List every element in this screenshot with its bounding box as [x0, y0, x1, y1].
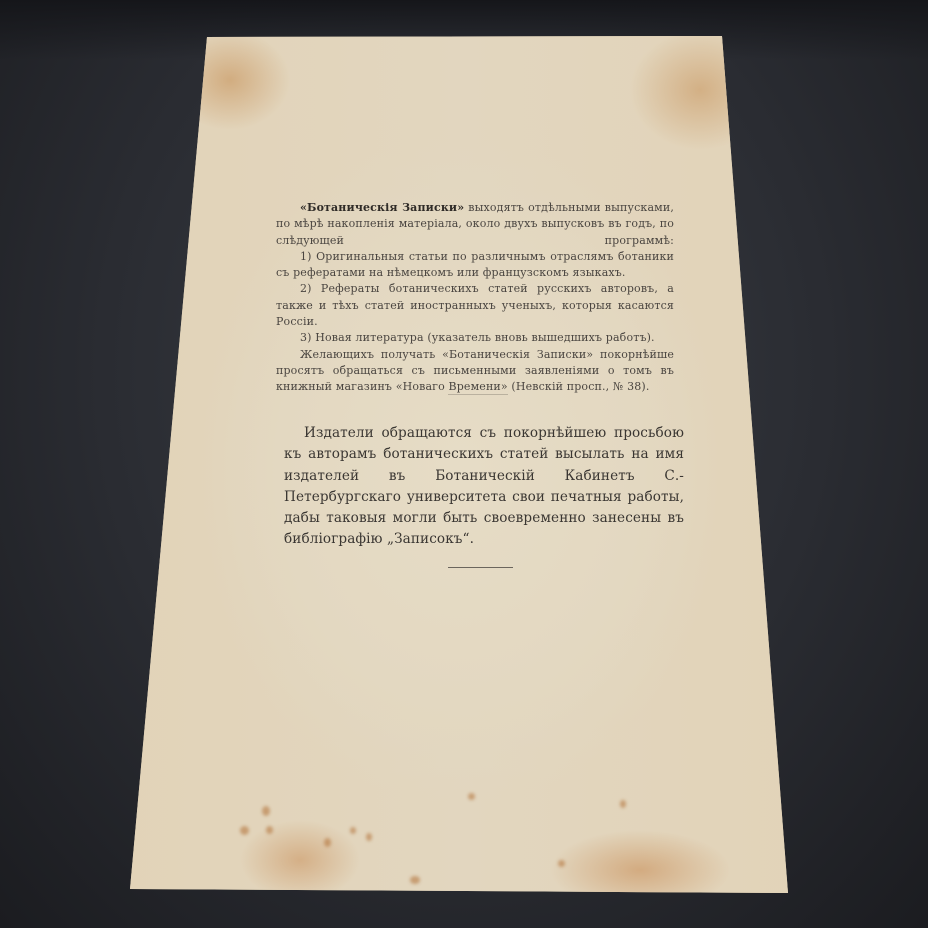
foxing-spot [468, 793, 475, 800]
foxing-spot [350, 827, 356, 834]
divider-rule [448, 394, 508, 395]
journal-title: «Ботаническія Записки» [300, 201, 464, 214]
foxing-spot [324, 838, 331, 847]
intro-paragraph: «Ботаническія Записки» выходятъ отдѣльны… [276, 200, 674, 249]
foxing-spot [410, 876, 420, 884]
foxing-spot [366, 833, 372, 841]
divider-rule [448, 567, 513, 568]
foxing-spot [262, 806, 270, 816]
foxing-spot [266, 826, 273, 834]
program-item: 2) Рефераты ботаническихъ статей русских… [276, 281, 674, 330]
foxing-spot [620, 800, 626, 808]
program-item: 3) Новая литература (указатель вновь выш… [276, 330, 674, 346]
program-item: 1) Оригинальныя статьи по различнымъ отр… [276, 249, 674, 282]
publishers-notice: Издатели обращаются съ покорнѣйшею прось… [284, 423, 684, 551]
foxing-spot [240, 826, 249, 835]
subscription-note: Желающихъ получать «Ботаническія Записки… [276, 347, 674, 396]
journal-info-block: «Ботаническія Записки» выходятъ отдѣльны… [276, 200, 674, 396]
publishers-notice-block: Издатели обращаются съ покорнѣйшею прось… [284, 423, 684, 551]
foxing-spot [558, 860, 565, 867]
